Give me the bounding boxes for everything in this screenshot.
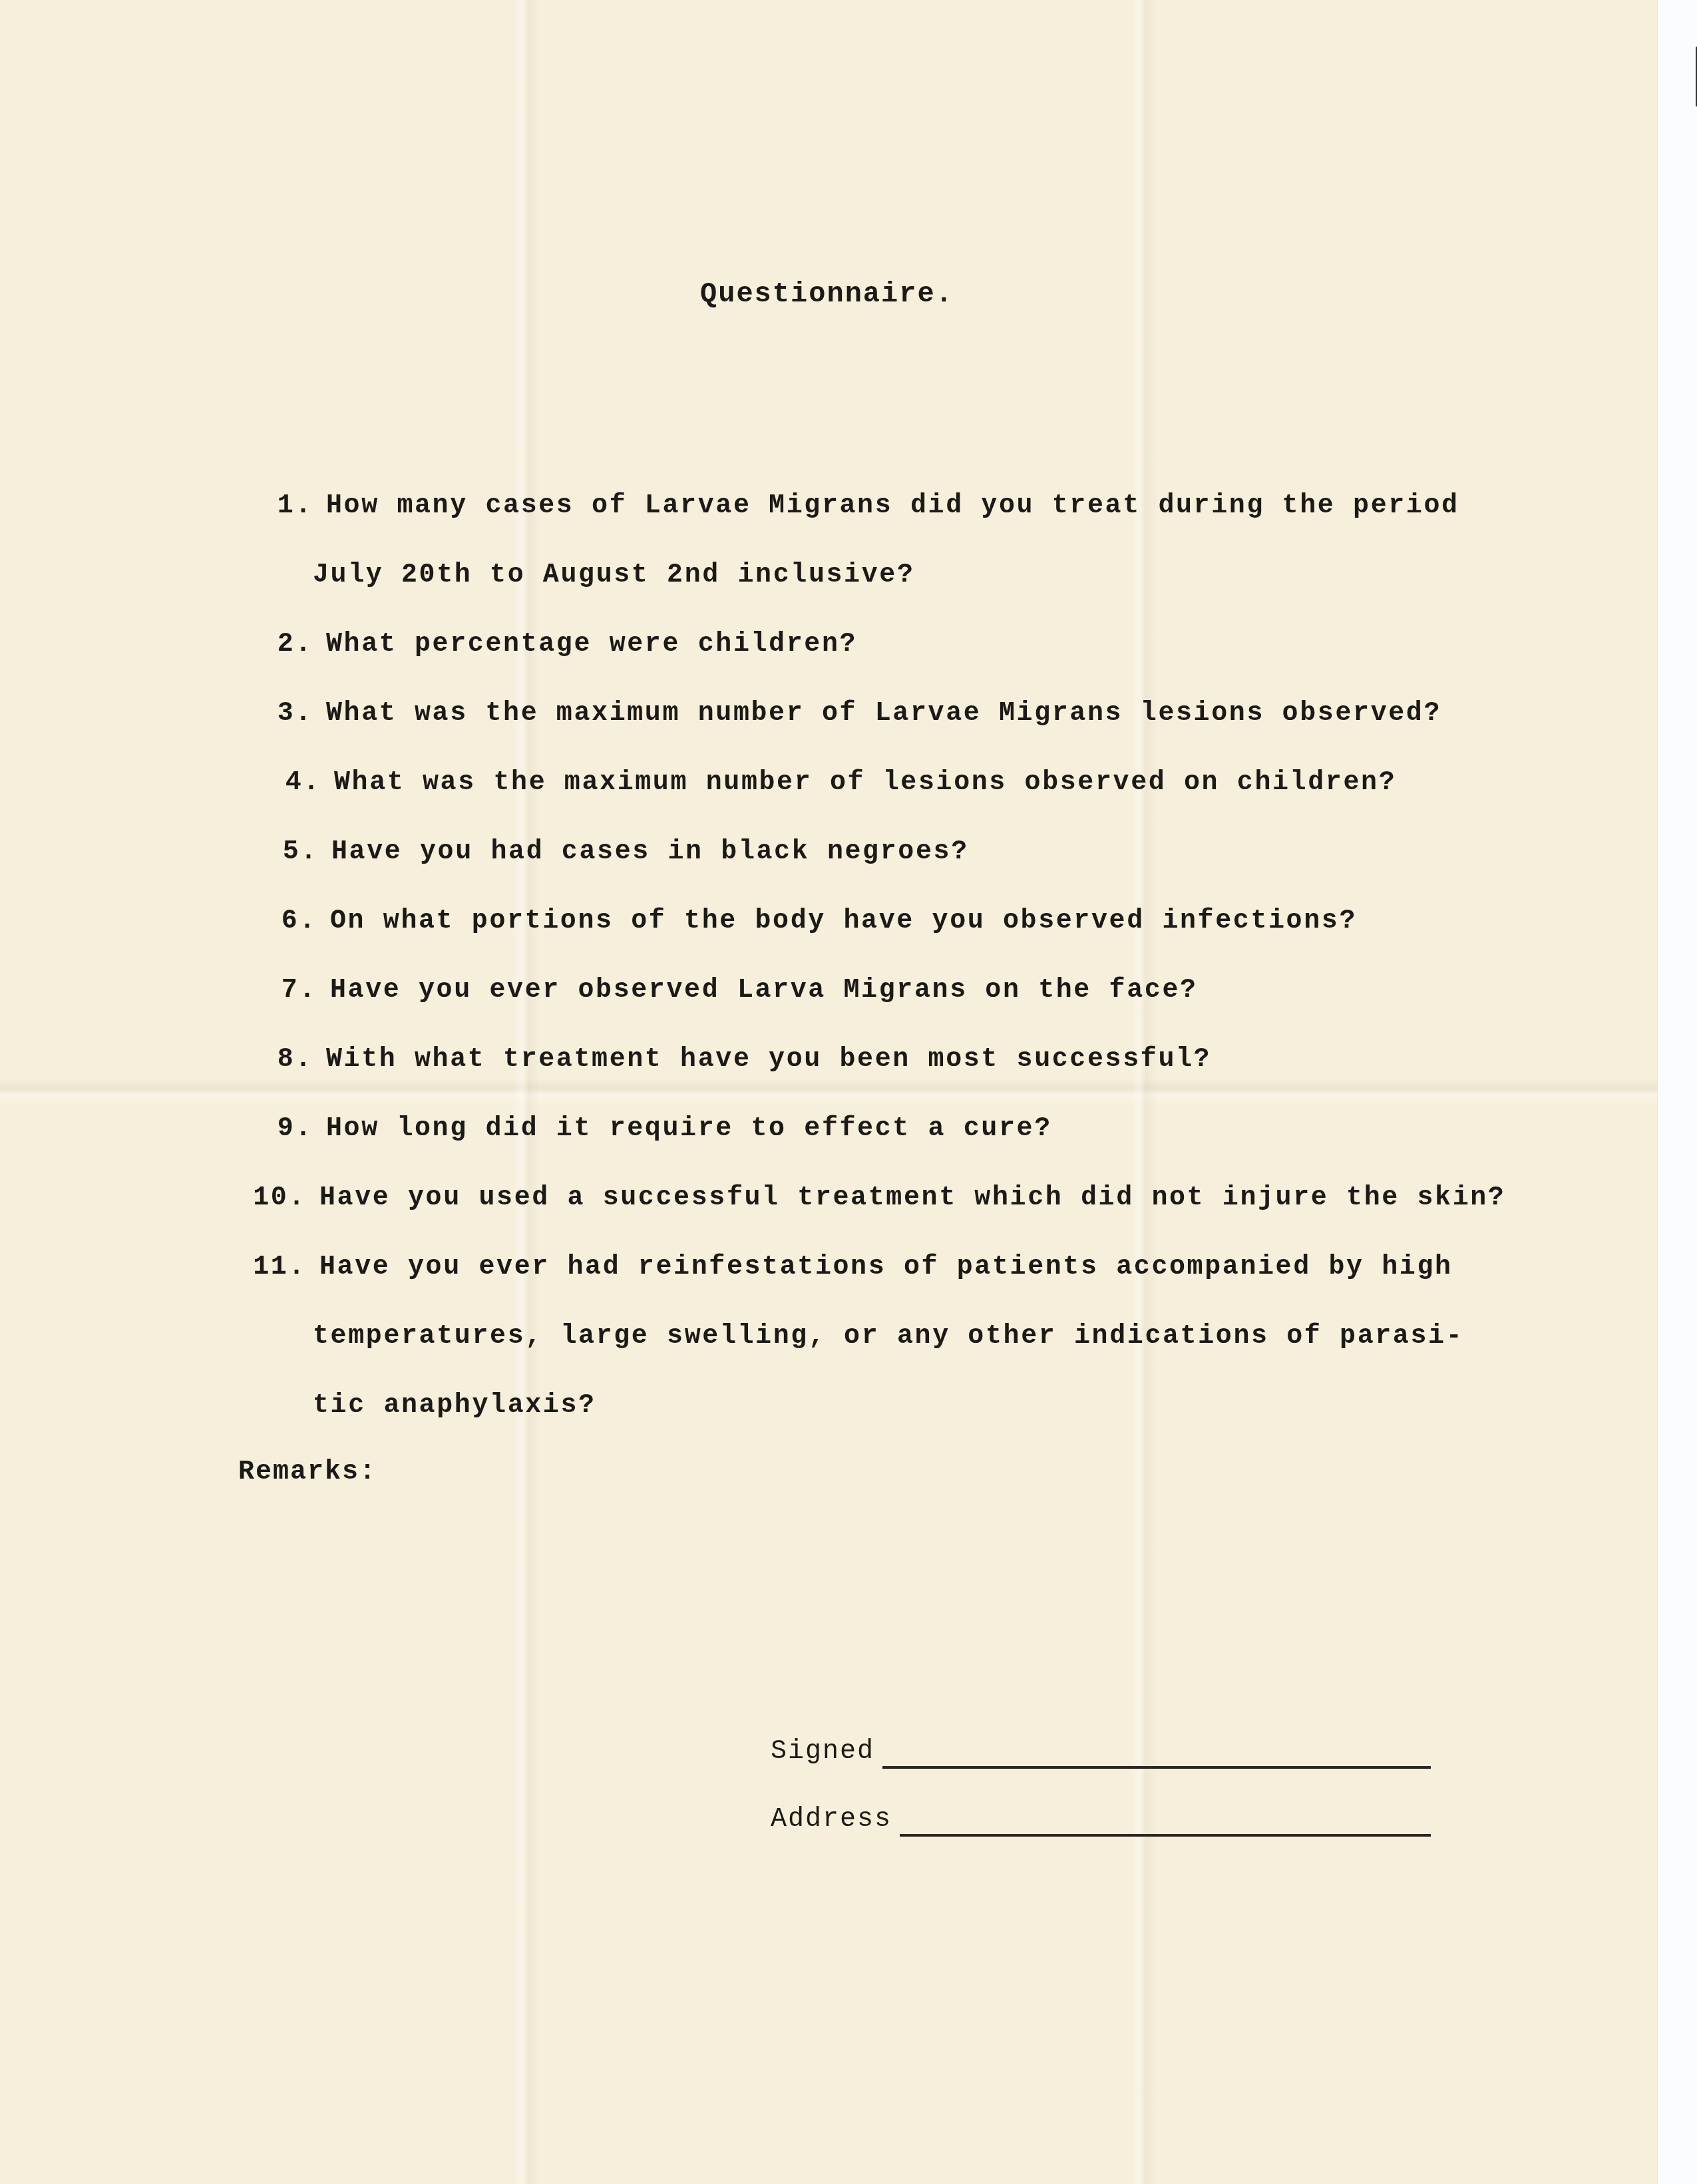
address-label: Address — [771, 1805, 892, 1835]
question-text: Have you had cases in black negroes? — [331, 837, 969, 867]
question-10: 10.Have you used a successful treatment … — [233, 1183, 1505, 1213]
question-number: 9. — [240, 1114, 313, 1144]
scan-background — [1657, 0, 1697, 2184]
question-text: What was the maximum number of Larvae Mi… — [326, 699, 1441, 729]
question-number: 1. — [240, 491, 313, 521]
question-8: 8.With what treatment have you been most… — [240, 1045, 1211, 1075]
page-title: Questionnaire. — [700, 278, 954, 310]
question-1: 1.How many cases of Larvae Migrans did y… — [240, 491, 1459, 521]
question-4: 4.What was the maximum number of lesions… — [248, 768, 1396, 798]
question-9: 9.How long did it require to effect a cu… — [240, 1114, 1052, 1144]
question-text: With what treatment have you been most s… — [326, 1045, 1211, 1075]
question-number: 10. — [233, 1183, 306, 1213]
question-number: 6. — [244, 906, 317, 936]
paper-page — [0, 0, 1657, 2184]
question-number: 3. — [240, 699, 313, 729]
address-field[interactable] — [900, 1834, 1431, 1837]
question-number: 4. — [248, 768, 321, 798]
question-number: 5. — [245, 837, 318, 867]
question-text: How long did it require to effect a cure… — [326, 1114, 1052, 1144]
signed-label: Signed — [771, 1737, 874, 1767]
question-text: What was the maximum number of lesions o… — [334, 768, 1396, 798]
question-11-continued-2: tic anaphylaxis? — [313, 1391, 596, 1421]
signed-field[interactable] — [882, 1766, 1431, 1769]
question-6: 6.On what portions of the body have you … — [244, 906, 1357, 936]
question-number: 11. — [233, 1252, 306, 1282]
question-1-continued: July 20th to August 2nd inclusive? — [313, 560, 915, 590]
question-11-continued-1: temperatures, large swelling, or any oth… — [313, 1322, 1463, 1352]
question-text: What percentage were children? — [326, 630, 857, 659]
question-number: 2. — [240, 630, 313, 659]
question-5: 5.Have you had cases in black negroes? — [245, 837, 969, 867]
question-11: 11.Have you ever had reinfestations of p… — [233, 1252, 1453, 1282]
question-2: 2.What percentage were children? — [240, 630, 857, 659]
question-text: Have you used a successful treatment whi… — [319, 1183, 1505, 1213]
question-number: 8. — [240, 1045, 313, 1075]
question-7: 7.Have you ever observed Larva Migrans o… — [244, 976, 1198, 1005]
question-3: 3.What was the maximum number of Larvae … — [240, 699, 1441, 729]
question-text: How many cases of Larvae Migrans did you… — [326, 491, 1459, 521]
question-text: Have you ever observed Larva Migrans on … — [330, 976, 1198, 1005]
remarks-label: Remarks: — [238, 1457, 377, 1487]
question-number: 7. — [244, 976, 317, 1005]
question-text: Have you ever had reinfestations of pati… — [319, 1252, 1453, 1282]
question-text: On what portions of the body have you ob… — [330, 906, 1357, 936]
